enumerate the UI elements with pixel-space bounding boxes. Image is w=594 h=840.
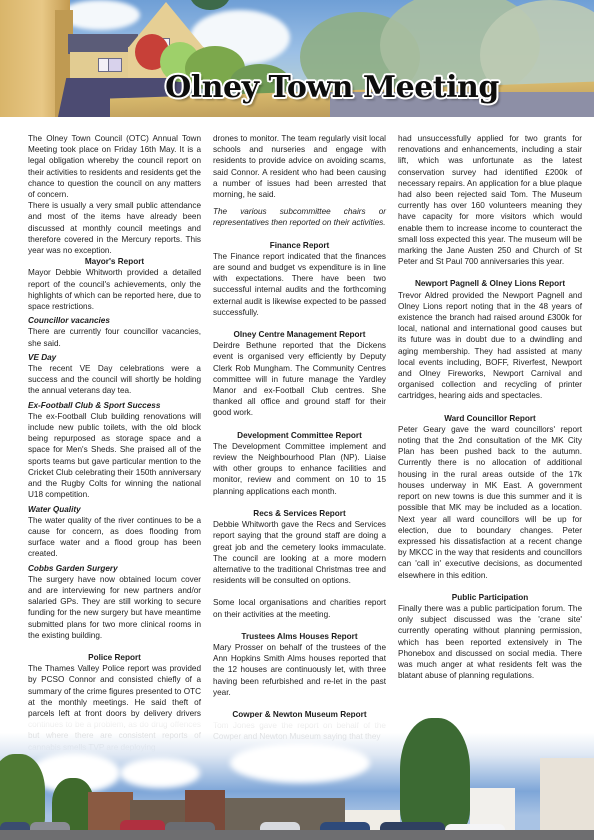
subheading: Councillor vacancies — [28, 315, 201, 326]
paragraph: Finally there was a public participation… — [398, 603, 582, 681]
subheading: Cobbs Garden Surgery — [28, 563, 201, 574]
section-heading: Police Report — [28, 652, 201, 663]
paragraph: Trevor Aldred provided the Newport Pagne… — [398, 290, 582, 402]
section-heading: Ward Councillor Report — [398, 413, 582, 424]
italic-note: The various subcommittee chairs or repre… — [213, 206, 386, 228]
paragraph: The Olney Town Council (OTC) Annual Town… — [28, 133, 201, 200]
paragraph: Deirdre Bethune reported that the Dicken… — [213, 340, 386, 418]
paragraph: Debbie Whitworth gave the Recs and Servi… — [213, 519, 386, 586]
paragraph: The Development Committee implement and … — [213, 441, 386, 497]
page-title: Olney Town Meeting — [0, 70, 594, 105]
section-heading: Mayor's Report — [28, 256, 201, 267]
section-heading: Olney Centre Management Report — [213, 329, 386, 340]
paragraph: The surgery have now obtained locum cove… — [28, 574, 201, 641]
paragraph: had unsuccessfully applied for two grant… — [398, 133, 582, 267]
section-heading: Finance Report — [213, 240, 386, 251]
paragraph: Peter Geary gave the ward councillors' r… — [398, 424, 582, 581]
subheading: VE Day — [28, 352, 201, 363]
section-heading: Recs & Services Report — [213, 508, 386, 519]
paragraph: There is usually a very small public att… — [28, 200, 201, 256]
building-right — [540, 758, 594, 832]
paragraph: There are currently four councillor vaca… — [28, 326, 201, 348]
section-heading: Newport Pagnell & Olney Lions Report — [398, 278, 582, 289]
paragraph: The Finance report indicated that the fi… — [213, 251, 386, 318]
header-banner-image: Olney Town Meeting — [0, 0, 594, 117]
subheading: Water Quality — [28, 504, 201, 515]
article-body: The Olney Town Council (OTC) Annual Town… — [28, 133, 588, 733]
article-column-1: The Olney Town Council (OTC) Annual Town… — [28, 133, 201, 753]
paragraph: Mayor Debbie Whitworth provided a detail… — [28, 267, 201, 312]
paragraph: The recent VE Day celebrations were a su… — [28, 363, 201, 397]
section-heading: Trustees Alms Houses Report — [213, 631, 386, 642]
section-heading: Public Participation — [398, 592, 582, 603]
paragraph: The ex-Football Club building renovation… — [28, 411, 201, 501]
article-column-3: had unsuccessfully applied for two grant… — [398, 133, 582, 681]
ground — [0, 830, 594, 840]
footer-photo-market-place — [0, 718, 594, 840]
subheading: Ex-Football Club & Sport Success — [28, 400, 201, 411]
cloud — [230, 743, 370, 783]
paragraph: Mary Prosser on behalf of the trustees o… — [213, 642, 386, 698]
article-column-2: drones to monitor. The team regularly vi… — [213, 133, 386, 743]
paragraph: The water quality of the river continues… — [28, 515, 201, 560]
paragraph: drones to monitor. The team regularly vi… — [213, 133, 386, 200]
paragraph: Some local organisations and charities r… — [213, 597, 386, 619]
section-heading: Development Committee Report — [213, 430, 386, 441]
cloud — [120, 758, 200, 788]
large-tree — [400, 718, 470, 833]
